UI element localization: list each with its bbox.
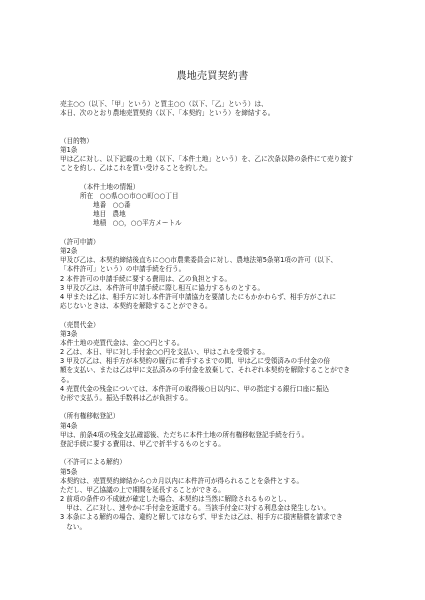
article-heading: （売買代金） <box>60 321 375 330</box>
article-clause: 2 乙は、本日、甲に対し手付金○○円を支払い、甲はこれを受領する。 <box>60 348 375 357</box>
article-number: 第4条 <box>60 422 375 431</box>
article-clause: 額を支払い、または乙は甲に支払済みの手付金を放棄して、それぞれ本契約を解除するこ… <box>60 366 375 375</box>
article-heading: （許可申請） <box>60 238 375 247</box>
article-1: （目的物） 第1条 甲は乙に対し、以下記載の土地（以下、「本件土地」という）を、… <box>60 137 375 229</box>
article-5: （不許可による解約） 第5条 本契約は、売買契約締結から○カ月以内に本件許可が得… <box>60 458 375 532</box>
land-area-value: ○○，○○平方メートル <box>112 219 181 227</box>
land-area-row: 地積 ○○，○○平方メートル <box>60 219 375 228</box>
article-number: 第1条 <box>60 146 375 155</box>
article-3: （売買代金） 第3条 本件土地の売買代金は、金○○円とする。 2 乙は、本日、甲… <box>60 321 375 404</box>
article-number: 第5条 <box>60 468 375 477</box>
article-4: （所有権移転登記） 第4条 甲は、前条4項の残金支払確認後、ただちに本件土地の所… <box>60 412 375 449</box>
land-location-value: ○○県○○市○○町○○丁目 <box>99 192 178 200</box>
land-area-label: 地積 <box>93 219 106 227</box>
article-clause: 3 本条による解約の場合、違約と解してはならず、甲または乙は、相手方に損害賠償を… <box>60 513 375 522</box>
article-text: 「本件許可」という）の申請手続を行う。 <box>60 265 375 274</box>
land-category-value: 農地 <box>112 210 125 218</box>
article-text: 本契約は、売買契約締結から○カ月以内に本件許可が得られることを条件とする。 <box>60 477 375 486</box>
intro-line: 本日、次のとおり農地売買契約（以下、「本契約」という）を締結する。 <box>60 109 375 118</box>
land-lot-value: ○○番 <box>112 201 130 209</box>
article-number: 第2条 <box>60 247 375 256</box>
article-2: （許可申請） 第2条 甲及び乙は、本契約締結後直ちに○○市農業委員会に対し、農地… <box>60 238 375 312</box>
document-body: 売主○○（以下、「甲」という）と買主○○（以下、「乙」という）は、 本日、次のと… <box>60 100 375 532</box>
article-heading: （目的物） <box>60 137 375 146</box>
land-lot-row: 地番 ○○番 <box>60 201 375 210</box>
land-info: （本件土地の情報） 所在 ○○県○○市○○町○○丁目 地番 ○○番 地目 農地 … <box>60 183 375 229</box>
article-text: ただし、甲乙協議の上で期間を延長することができる。 <box>60 486 375 495</box>
article-clause: む形で支払う。振込手数料は乙が負担する。 <box>60 394 375 403</box>
intro-line: 売主○○（以下、「甲」という）と買主○○（以下、「乙」という）は、 <box>60 100 375 109</box>
article-clause: 応じないときは、本契約を解除することができる。 <box>60 302 375 311</box>
article-clause: ない。 <box>60 523 375 532</box>
article-text: 甲は乙に対し、以下記載の土地（以下、「本件土地」という）を、乙に次条以降の条件に… <box>60 155 375 164</box>
article-clause: 2 前項の条件の不成就が確定した場合、本契約は当然に解除されるものとし、 <box>60 495 375 504</box>
article-heading: （所有権移転登記） <box>60 412 375 421</box>
document-title: 農地売買契約書 <box>0 70 425 84</box>
article-text: 甲は、前条4項の残金支払確認後、ただちに本件土地の所有権移転登記手続を行う。 <box>60 431 375 440</box>
land-location-row: 所在 ○○県○○市○○町○○丁目 <box>60 192 375 201</box>
land-lot-label: 地番 <box>93 201 106 209</box>
land-info-heading: （本件土地の情報） <box>60 183 375 192</box>
article-text: ことを約し、乙はこれを買い受けることを約した。 <box>60 164 375 173</box>
land-category-label: 地目 <box>93 210 106 218</box>
article-clause: 2 本件許可の申請手続に要する費用は、乙の負担とする。 <box>60 275 375 284</box>
article-text: 本件土地の売買代金は、金○○円とする。 <box>60 339 375 348</box>
article-heading: （不許可による解約） <box>60 458 375 467</box>
article-clause: 3 甲及び乙は、本件許可申請手続に際し相互に協力するものとする。 <box>60 284 375 293</box>
article-clause: 4 甲または乙は、相手方に対し本件許可申請協力を要請したにもかかわらず、相手方が… <box>60 293 375 302</box>
article-clause: る。 <box>60 376 375 385</box>
article-clause: 4 売買代金の残金については、本件許可の取得後○日以内に、甲の指定する銀行口座に… <box>60 385 375 394</box>
article-text: 甲及び乙は、本契約締結後直ちに○○市農業委員会に対し、農地法第5条第1項の許可（… <box>60 256 375 265</box>
article-text: 登記手続に要する費用は、甲乙で折半するものとする。 <box>60 440 375 449</box>
article-number: 第3条 <box>60 330 375 339</box>
document-page: 農地売買契約書 売主○○（以下、「甲」という）と買主○○（以下、「乙」という）は… <box>0 0 425 600</box>
land-location-label: 所在 <box>80 192 93 200</box>
